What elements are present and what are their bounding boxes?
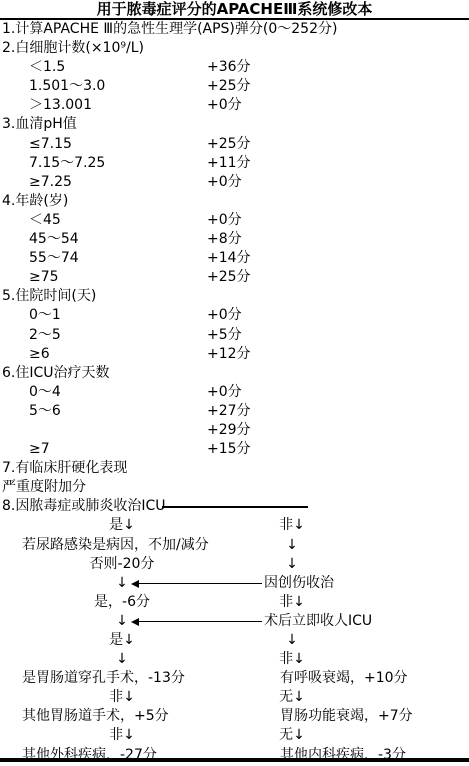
- down-arrow-icon: ↓: [262, 555, 322, 574]
- flow-row: 若尿路感染是病因，不加/减分↓: [0, 536, 469, 555]
- range-label: 2～5: [29, 326, 61, 345]
- list-item: 严重度附加分: [0, 478, 469, 497]
- item-label: 1.计算APACHE Ⅲ的急性生理学(APS)弹分(0～252分): [2, 20, 337, 39]
- flow-left-label: 非↓: [57, 726, 187, 745]
- list-item: 4.年龄(岁): [0, 192, 469, 211]
- range-label: ≥6: [29, 345, 50, 364]
- range-label: ≥7.25: [29, 173, 72, 192]
- range-row: ＜1.5+36分: [0, 58, 469, 77]
- item-label: 严重度附加分: [2, 478, 86, 497]
- flow-right-label: 胃肠功能衰竭，+7分: [280, 707, 413, 726]
- range-label: 7.15～7.25: [29, 154, 105, 173]
- range-row: 0～1+0分: [0, 306, 469, 325]
- list-item: 5.住院时间(天): [0, 287, 469, 306]
- flow-right-label: 非↓: [262, 516, 322, 535]
- flow-left-label: 是↓: [57, 516, 187, 535]
- range-label: 55～74: [29, 249, 79, 268]
- range-label: ≥7: [29, 440, 50, 459]
- flow-right-label: 无↓: [262, 688, 322, 707]
- score-value: +25分: [207, 77, 251, 96]
- flow-left-label: 是↓: [57, 631, 187, 650]
- score-value: +0分: [207, 96, 242, 115]
- bottom-border: [0, 758, 469, 762]
- range-label: ＜1.5: [29, 58, 65, 77]
- flow-right-label: 无↓: [262, 726, 322, 745]
- range-label: 0～4: [29, 383, 61, 402]
- flow-arrow-row: ↓术后立即收人ICU: [0, 612, 469, 631]
- flow-left-label: 其他胃肠道手术，+5分: [22, 707, 169, 726]
- range-row: ≤7.15+25分: [0, 135, 469, 154]
- flow-row: 否则-20分↓: [0, 555, 469, 574]
- range-row: ≥7+15分: [0, 440, 469, 459]
- item-label: 4.年龄(岁): [2, 192, 68, 211]
- range-label: 5～6: [29, 402, 61, 421]
- flow-row: 非↓无↓: [0, 726, 469, 745]
- score-value: +15分: [207, 440, 251, 459]
- range-row: 55～74+14分: [0, 249, 469, 268]
- score-value: +11分: [207, 154, 251, 173]
- range-row: +29分: [0, 421, 469, 440]
- range-row: 5～6+27分: [0, 402, 469, 421]
- score-value: +0分: [207, 211, 242, 230]
- score-value: +0分: [207, 383, 242, 402]
- flow-row: 是↓↓: [0, 631, 469, 650]
- range-label: ＞13.001: [29, 96, 92, 115]
- range-row: ≥6+12分: [0, 345, 469, 364]
- flow-branch-label: 因创伤收治: [264, 574, 334, 593]
- score-value: +29分: [207, 421, 251, 440]
- flow-right-label: 非↓: [262, 593, 322, 612]
- score-value: +14分: [207, 249, 251, 268]
- list-item: 6.住ICU治疗天数: [0, 364, 469, 383]
- score-value: +25分: [207, 268, 251, 287]
- flow-row: 是胃肠道穿孔手术，-13分有呼吸衰竭，+10分: [0, 669, 469, 688]
- range-row: ＜45+0分: [0, 211, 469, 230]
- range-label: ≤7.15: [29, 135, 72, 154]
- flow-left-label: 若尿路感染是病因，不加/减分: [22, 536, 209, 555]
- flow-row: 其他胃肠道手术，+5分胃肠功能衰竭，+7分: [0, 707, 469, 726]
- score-value: +12分: [207, 345, 251, 364]
- range-label: 45～54: [29, 230, 79, 249]
- down-arrow-icon: ↓: [57, 650, 187, 669]
- item-label: 5.住院时间(天): [2, 287, 96, 306]
- flow-left-label: 是胃肠道穿孔手术，-13分: [22, 669, 185, 688]
- score-value: +25分: [207, 135, 251, 154]
- flow-right-label: 非↓: [262, 650, 322, 669]
- document-title: 用于脓毒症评分的APACHEⅢ系统修改本: [0, 0, 469, 18]
- left-arrow-icon: [131, 618, 139, 626]
- down-arrow-icon: ↓: [262, 631, 322, 650]
- range-label: 0～1: [29, 306, 61, 325]
- range-label: 1.501～3.0: [29, 77, 105, 96]
- flow-branch-label: 术后立即收人ICU: [264, 612, 372, 631]
- list-item: 2.白细胞计数(×10⁹/L): [0, 39, 469, 58]
- down-arrow-icon: ↓: [262, 536, 322, 555]
- score-value: +36分: [207, 58, 251, 77]
- flow-header-row: 8.因脓毒症或肺炎收治ICU: [0, 497, 469, 516]
- document-page: 用于脓毒症评分的APACHEⅢ系统修改本 1.计算APACHE Ⅲ的急性生理学(…: [0, 0, 469, 766]
- range-row: ≥7.25+0分: [0, 173, 469, 192]
- list-item: 7.有临床肝硬化表现: [0, 459, 469, 478]
- flow-left-label: 非↓: [57, 688, 187, 707]
- item-label: 3.血清pH值: [2, 115, 77, 134]
- range-row: ≥75+25分: [0, 268, 469, 287]
- item-label: 7.有临床肝硬化表现: [2, 459, 127, 478]
- score-value: +5分: [207, 326, 242, 345]
- range-row: 1.501～3.0+25分: [0, 77, 469, 96]
- flow-row: 是↓非↓: [0, 516, 469, 535]
- score-value: +0分: [207, 173, 242, 192]
- range-row: 0～4+0分: [0, 383, 469, 402]
- flow-row: ↓非↓: [0, 650, 469, 669]
- score-value: +0分: [207, 306, 242, 325]
- left-arrow-icon: [131, 580, 139, 588]
- range-row: ＞13.001+0分: [0, 96, 469, 115]
- arrow-line: [138, 583, 262, 584]
- flow-row: 非↓无↓: [0, 688, 469, 707]
- item-label: 6.住ICU治疗天数: [2, 364, 110, 383]
- flow-header-label: 8.因脓毒症或肺炎收治ICU: [2, 497, 166, 516]
- range-row: 7.15～7.25+11分: [0, 154, 469, 173]
- score-value: +8分: [207, 230, 242, 249]
- flow-left-label: 否则-20分: [57, 555, 187, 574]
- flow-left-label: 是，-6分: [57, 593, 187, 612]
- list-item: 1.计算APACHE Ⅲ的急性生理学(APS)弹分(0～252分): [0, 20, 469, 39]
- range-row: 2～5+5分: [0, 326, 469, 345]
- score-list: 1.计算APACHE Ⅲ的急性生理学(APS)弹分(0～252分)2.白细胞计数…: [0, 20, 469, 497]
- flow-arrow-row: ↓因创伤收治: [0, 574, 469, 593]
- flow-right-label: 有呼吸衰竭，+10分: [280, 669, 408, 688]
- score-value: +27分: [207, 402, 251, 421]
- list-item: 3.血清pH值: [0, 115, 469, 134]
- flow-header-line: [162, 506, 308, 508]
- flow-rows: 是↓非↓若尿路感染是病因，不加/减分↓否则-20分↓↓因创伤收治是，-6分非↓↓…: [0, 516, 469, 764]
- range-row: 45～54+8分: [0, 230, 469, 249]
- flow-row: 是，-6分非↓: [0, 593, 469, 612]
- range-label: ≥75: [29, 268, 59, 287]
- item-label: 2.白细胞计数(×10⁹/L): [2, 39, 144, 58]
- range-label: ＜45: [29, 211, 61, 230]
- arrow-line: [138, 621, 262, 622]
